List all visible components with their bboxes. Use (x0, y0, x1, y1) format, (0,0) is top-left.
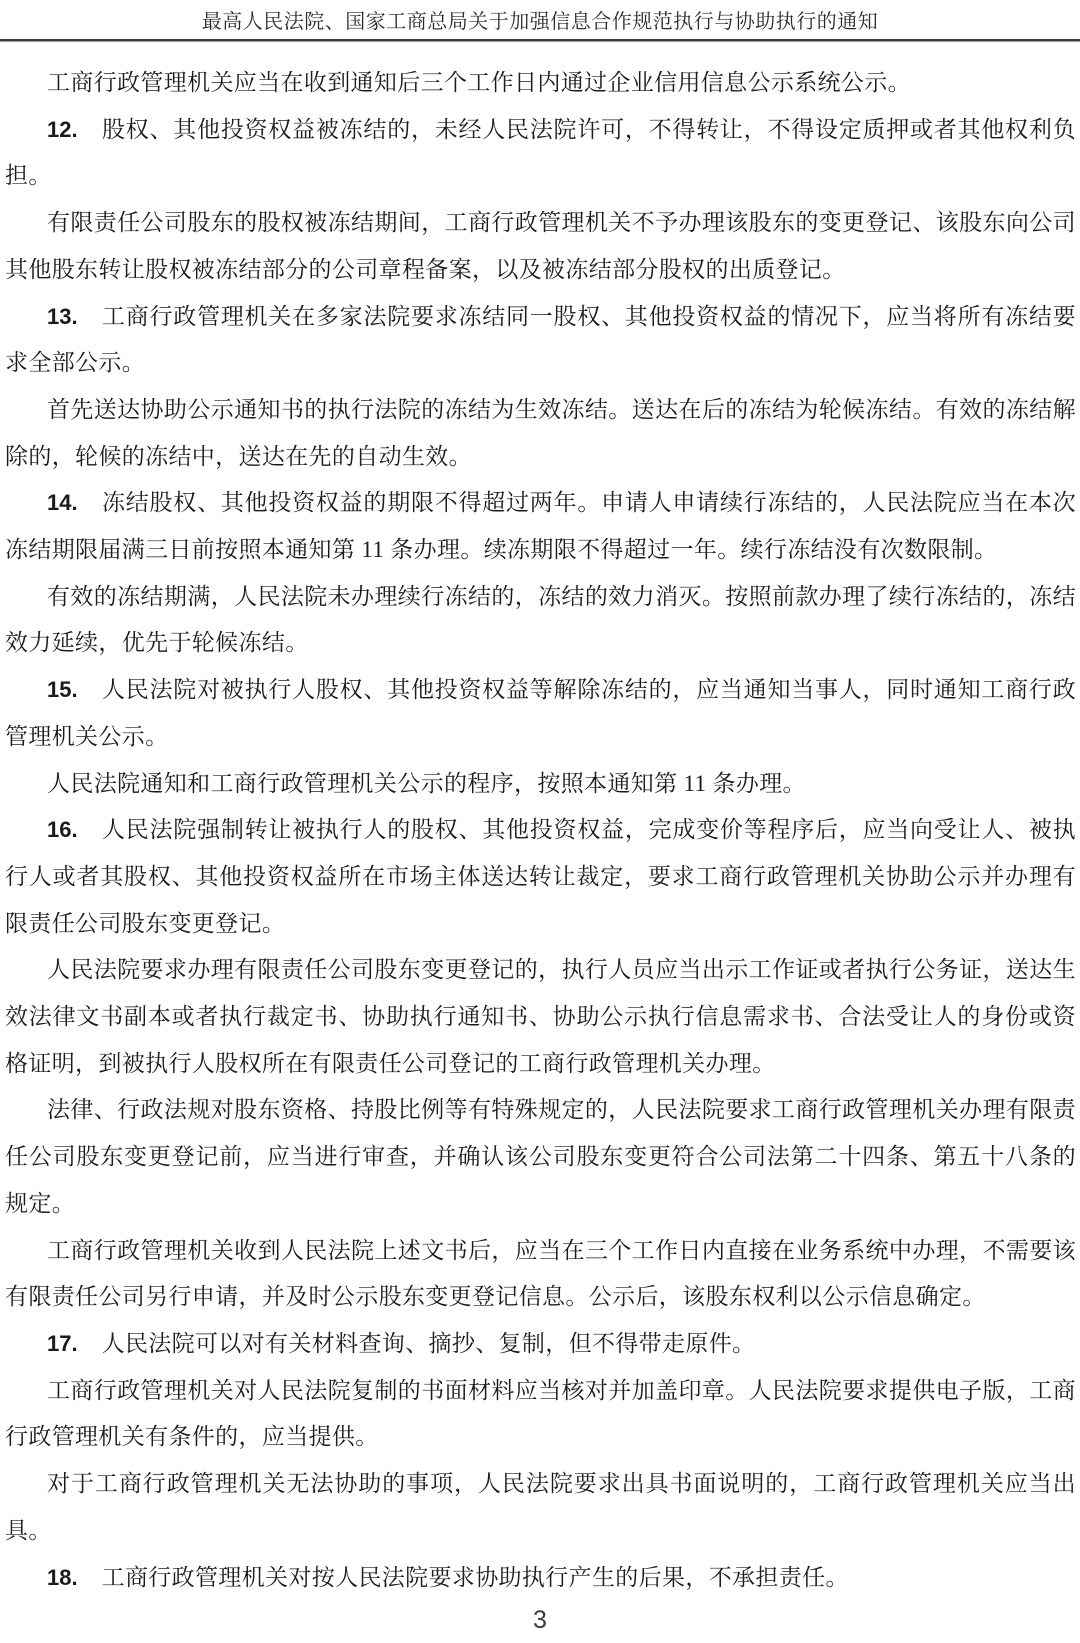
item-number: 12. (47, 117, 78, 142)
paragraph-text: 人民法院可以对有关材料查询、摘抄、复制，但不得带走原件。 (102, 1331, 756, 1356)
paragraph: 对于工商行政管理机关无法协助的事项，人民法院要求出具书面说明的，工商行政管理机关… (5, 1461, 1076, 1554)
paragraph-text: 人民法院对被执行人股权、其他投资权益等解除冻结的，应当通知当事人，同时通知工商行… (5, 677, 1076, 749)
document-body: 工商行政管理机关应当在收到通知后三个工作日内通过企业信用信息公示系统公示。 12… (0, 42, 1080, 1601)
paragraph: 工商行政管理机关应当在收到通知后三个工作日内通过企业信用信息公示系统公示。 (5, 60, 1076, 107)
paragraph-text: 法律、行政法规对股东资格、持股比例等有特殊规定的，人民法院要求工商行政管理机关办… (5, 1097, 1076, 1215)
paragraph: 16.人民法院强制转让被执行人的股权、其他投资权益，完成变价等程序后，应当向受让… (5, 807, 1076, 947)
item-number: 13. (47, 304, 78, 329)
paragraph-text: 首先送达协助公示通知书的执行法院的冻结为生效冻结。送达在后的冻结为轮候冻结。有效… (5, 397, 1076, 469)
paragraph-text: 股权、其他投资权益被冻结的，未经人民法院许可，不得转让，不得设定质押或者其他权利… (5, 117, 1076, 189)
item-number: 14. (47, 490, 78, 515)
paragraph: 18.工商行政管理机关对按人民法院要求协助执行产生的后果，不承担责任。 (5, 1555, 1076, 1602)
item-number: 18. (47, 1565, 78, 1590)
paragraph-text: 工商行政管理机关对按人民法院要求协助执行产生的后果，不承担责任。 (102, 1565, 849, 1590)
paragraph: 14.冻结股权、其他投资权益的期限不得超过两年。申请人申请续行冻结的，人民法院应… (5, 480, 1076, 573)
paragraph-text: 工商行政管理机关对人民法院复制的书面材料应当核对并加盖印章。人民法院要求提供电子… (5, 1378, 1076, 1450)
page-header-title: 最高人民法院、国家工商总局关于加强信息合作规范执行与协助执行的通知 (0, 0, 1080, 34)
paragraph: 13.工商行政管理机关在多家法院要求冻结同一股权、其他投资权益的情况下，应当将所… (5, 294, 1076, 387)
paragraph: 首先送达协助公示通知书的执行法院的冻结为生效冻结。送达在后的冻结为轮候冻结。有效… (5, 387, 1076, 480)
page-number: 3 (0, 1606, 1080, 1635)
paragraph-text: 人民法院要求办理有限责任公司股东变更登记的，执行人员应当出示工作证或者执行公务证… (5, 957, 1076, 1075)
paragraph: 法律、行政法规对股东资格、持股比例等有特殊规定的，人民法院要求工商行政管理机关办… (5, 1087, 1076, 1227)
paragraph-text: 人民法院通知和工商行政管理机关公示的程序，按照本通知第 11 条办理。 (47, 771, 806, 796)
paragraph-text: 冻结股权、其他投资权益的期限不得超过两年。申请人申请续行冻结的，人民法院应当在本… (5, 490, 1076, 562)
paragraph-text: 对于工商行政管理机关无法协助的事项，人民法院要求出具书面说明的，工商行政管理机关… (5, 1471, 1076, 1543)
paragraph: 有效的冻结期满，人民法院未办理续行冻结的，冻结的效力消灭。按照前款办理了续行冻结… (5, 574, 1076, 667)
paragraph-text: 有限责任公司股东的股权被冻结期间，工商行政管理机关不予办理该股东的变更登记、该股… (5, 210, 1076, 282)
paragraph: 人民法院通知和工商行政管理机关公示的程序，按照本通知第 11 条办理。 (5, 761, 1076, 808)
paragraph-text: 人民法院强制转让被执行人的股权、其他投资权益，完成变价等程序后，应当向受让人、被… (5, 817, 1076, 935)
item-number: 15. (47, 677, 78, 702)
item-number: 17. (47, 1331, 78, 1356)
paragraph: 有限责任公司股东的股权被冻结期间，工商行政管理机关不予办理该股东的变更登记、该股… (5, 200, 1076, 293)
item-number: 16. (47, 817, 78, 842)
paragraph: 工商行政管理机关对人民法院复制的书面材料应当核对并加盖印章。人民法院要求提供电子… (5, 1368, 1076, 1461)
document-page: 最高人民法院、国家工商总局关于加强信息合作规范执行与协助执行的通知 工商行政管理… (0, 0, 1080, 1643)
paragraph: 17.人民法院可以对有关材料查询、摘抄、复制，但不得带走原件。 (5, 1321, 1076, 1368)
paragraph-text: 工商行政管理机关应当在收到通知后三个工作日内通过企业信用信息公示系统公示。 (47, 70, 911, 95)
paragraph: 工商行政管理机关收到人民法院上述文书后，应当在三个工作日内直接在业务系统中办理，… (5, 1228, 1076, 1321)
paragraph-text: 工商行政管理机关在多家法院要求冻结同一股权、其他投资权益的情况下，应当将所有冻结… (5, 304, 1076, 376)
paragraph: 人民法院要求办理有限责任公司股东变更登记的，执行人员应当出示工作证或者执行公务证… (5, 947, 1076, 1087)
paragraph: 12.股权、其他投资权益被冻结的，未经人民法院许可，不得转让，不得设定质押或者其… (5, 107, 1076, 200)
paragraph-text: 有效的冻结期满，人民法院未办理续行冻结的，冻结的效力消灭。按照前款办理了续行冻结… (5, 584, 1076, 656)
paragraph: 15.人民法院对被执行人股权、其他投资权益等解除冻结的，应当通知当事人，同时通知… (5, 667, 1076, 760)
paragraph-text: 工商行政管理机关收到人民法院上述文书后，应当在三个工作日内直接在业务系统中办理，… (5, 1238, 1076, 1310)
